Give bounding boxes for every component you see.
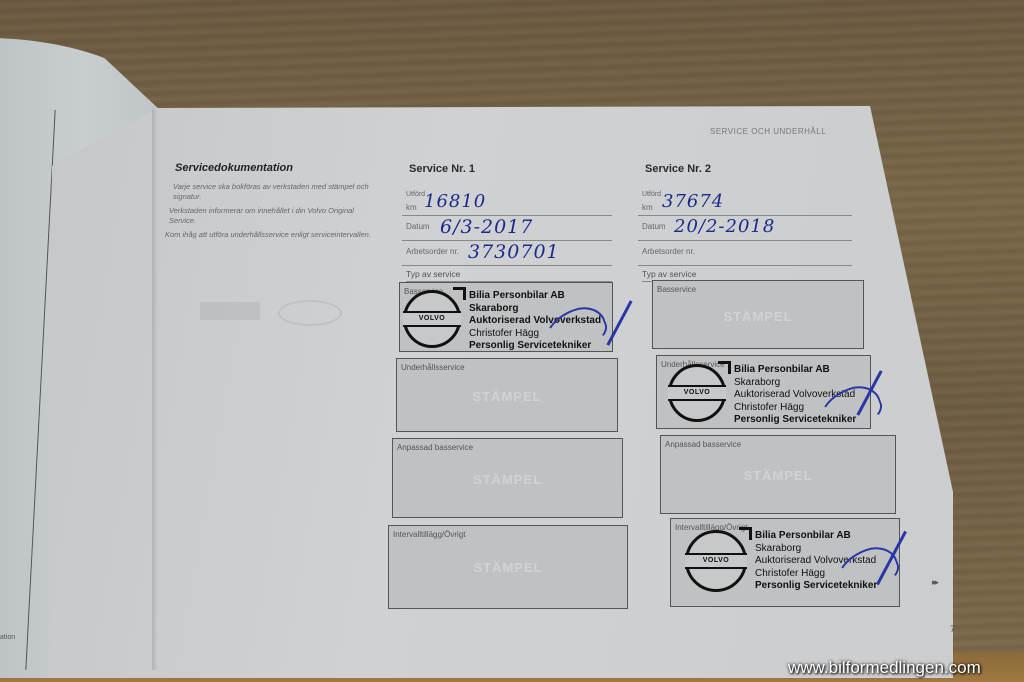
left-page-fragment: ation bbox=[0, 634, 15, 641]
stamp-line: Bilia Personbilar AB bbox=[734, 364, 856, 377]
box-label: Basservice bbox=[657, 285, 696, 294]
stamp-placeholder: STÄMPEL bbox=[397, 389, 617, 404]
typ-av-service-label: Typ av service bbox=[406, 269, 612, 282]
arbetsorder-field: Arbetsorder nr. 3730701 bbox=[402, 241, 612, 266]
page-number: 7 bbox=[950, 624, 955, 634]
volvo-logo-icon: VOLVO bbox=[668, 364, 726, 422]
box-label: Underhållsservice bbox=[401, 363, 465, 372]
volvo-logo-icon: VOLVO bbox=[685, 530, 747, 592]
km-value: 37674 bbox=[662, 191, 724, 212]
km-label: km bbox=[642, 203, 653, 212]
datum-field: Datum 6/3-2017 bbox=[402, 216, 612, 241]
datum-field: Datum 20/2-2018 bbox=[638, 216, 852, 241]
stamp-line: Bilia Personbilar AB bbox=[469, 290, 601, 303]
service-1-intervalltillagg-box: Intervalltillägg/Övrigt STÄMPEL bbox=[388, 525, 628, 609]
stamp-line: Skaraborg bbox=[734, 377, 856, 390]
stamp-placeholder: STÄMPEL bbox=[393, 472, 622, 487]
service-2-column: Service Nr. 2 Utförd km 37674 Datum 20/2… bbox=[638, 163, 852, 282]
km-field: Utförd km 37674 bbox=[638, 185, 852, 216]
datum-label: Datum bbox=[406, 222, 430, 231]
km-field: Utförd km 16810 bbox=[402, 185, 612, 216]
intro-section: Servicedokumentation Varje service ska b… bbox=[165, 162, 375, 244]
stamp-placeholder: STÄMPEL bbox=[661, 468, 895, 483]
service-1-anpassad-basservice-box: Anpassad basservice STÄMPEL bbox=[392, 438, 623, 518]
service-2-anpassad-basservice-box: Anpassad basservice STÄMPEL bbox=[660, 435, 896, 514]
box-label: Anpassad basservice bbox=[397, 443, 473, 452]
page-gutter-shadow bbox=[152, 110, 158, 670]
utford-label: Utförd bbox=[406, 191, 425, 198]
volvo-logo-icon: VOLVO bbox=[403, 290, 461, 348]
box-label: Anpassad basservice bbox=[665, 440, 741, 449]
intro-title: Servicedokumentation bbox=[175, 162, 375, 174]
service-1-title: Service Nr. 1 bbox=[409, 163, 612, 175]
utford-label: Utförd bbox=[642, 191, 661, 198]
intro-paragraph: Verkstaden informerar om innehållet i di… bbox=[165, 206, 375, 226]
km-value: 16810 bbox=[424, 191, 486, 212]
intro-paragraph: Kom ihåg att utföra underhållsservice en… bbox=[165, 230, 375, 240]
running-head: SERVICE OCH UNDERHÅLL bbox=[710, 127, 826, 136]
service-2-basservice-box: Basservice STÄMPEL bbox=[652, 280, 864, 349]
datum-value: 20/2-2018 bbox=[674, 216, 775, 237]
watermark: www.bilformedlingen.com bbox=[788, 658, 981, 678]
intro-paragraph: Varje service ska bokföras av verkstaden… bbox=[165, 182, 375, 202]
stamp-placeholder: STÄMPEL bbox=[653, 309, 863, 324]
arbetsorder-field: Arbetsorder nr. bbox=[638, 241, 852, 266]
datum-value: 6/3-2017 bbox=[440, 216, 533, 238]
datum-label: Datum bbox=[642, 222, 666, 231]
stamp-placeholder: STÄMPEL bbox=[389, 560, 627, 575]
km-label: km bbox=[406, 203, 417, 212]
stamp-line: Bilia Personbilar AB bbox=[755, 530, 877, 543]
service-1-underhallsservice-box: Underhållsservice STÄMPEL bbox=[396, 358, 618, 432]
arbetsorder-value: 3730701 bbox=[468, 241, 560, 263]
arbetsorder-label: Arbetsorder nr. bbox=[406, 247, 459, 256]
box-label: Intervalltillägg/Övrigt bbox=[393, 530, 465, 539]
next-page-arrows-icon: ▸▸ bbox=[932, 577, 937, 588]
faint-show-through-logo bbox=[200, 298, 340, 324]
service-1-column: Service Nr. 1 Utförd km 16810 Datum 6/3-… bbox=[402, 163, 612, 282]
service-2-title: Service Nr. 2 bbox=[645, 163, 852, 175]
arbetsorder-label: Arbetsorder nr. bbox=[642, 247, 695, 256]
